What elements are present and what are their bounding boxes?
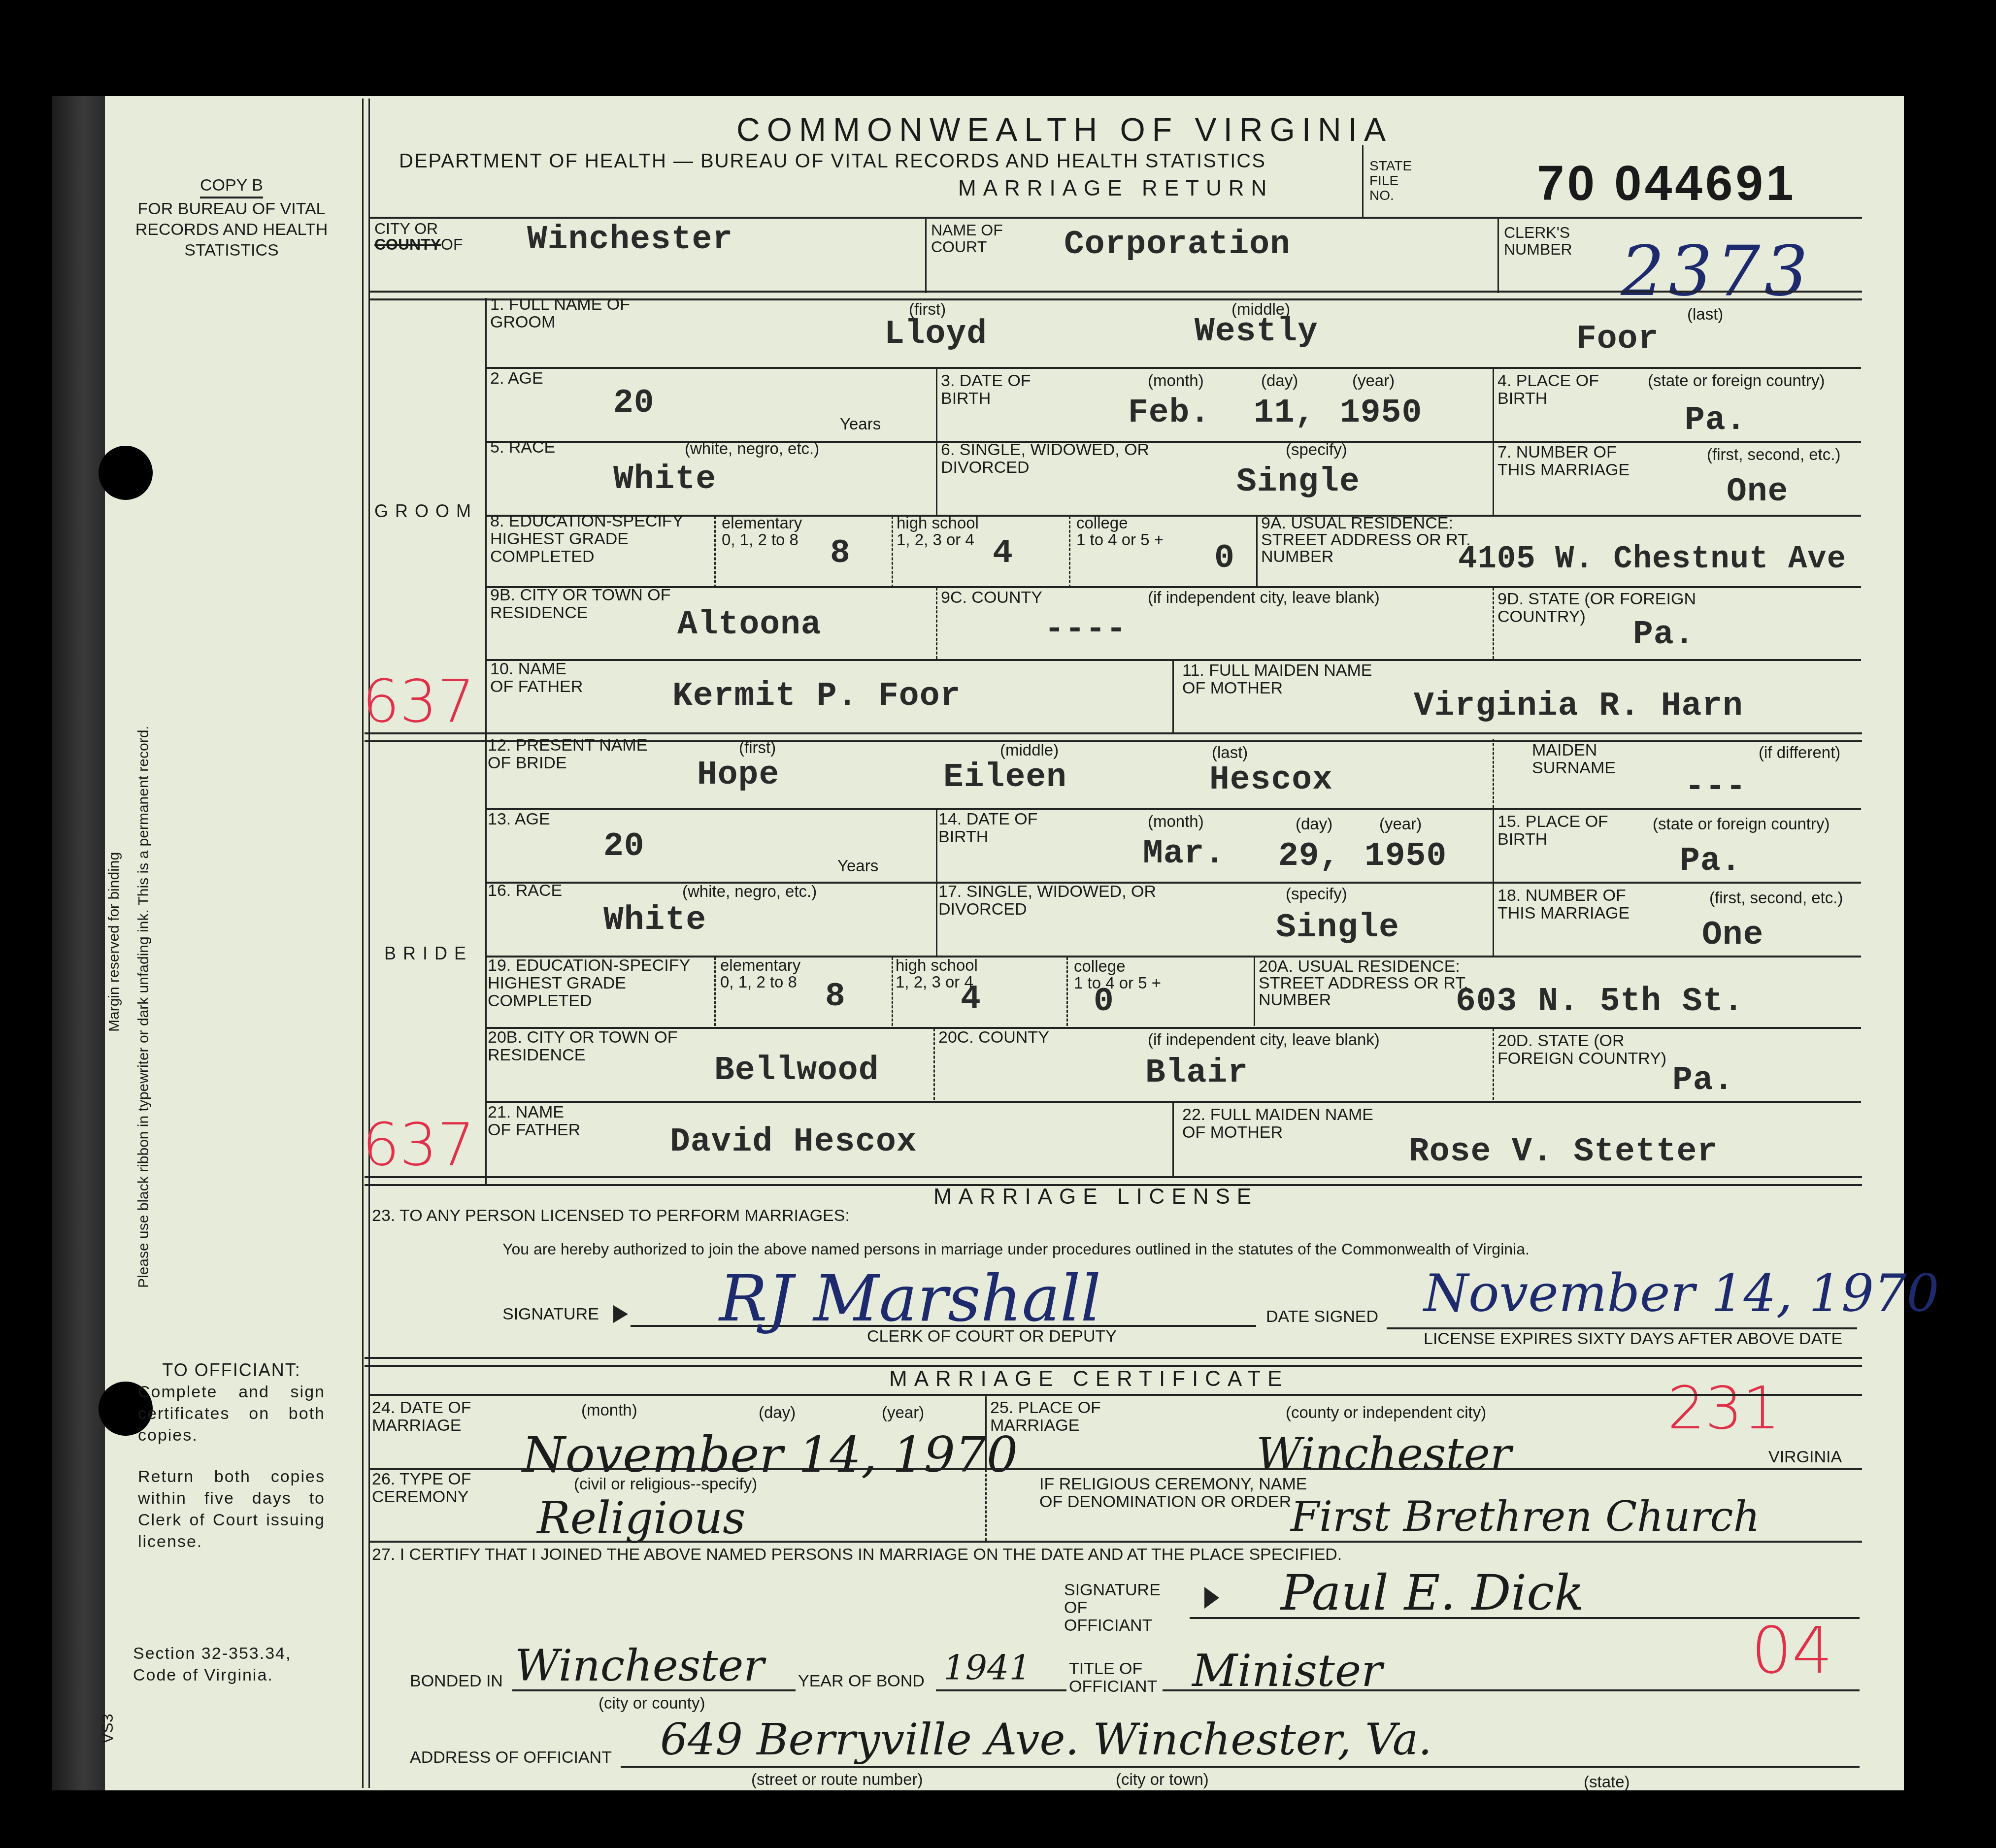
bride-education-elementary: 8 bbox=[825, 978, 846, 1016]
bride-race: White bbox=[603, 901, 706, 939]
bride-father: David Hescox bbox=[670, 1123, 917, 1161]
divider bbox=[1254, 957, 1255, 1026]
groom-marriage-number: One bbox=[1727, 473, 1788, 511]
officiant-instruction: Complete and sign certificates on both c… bbox=[138, 1381, 325, 1446]
copy-label: COPY B bbox=[200, 175, 263, 198]
groom-dob-year: 1950 bbox=[1340, 394, 1422, 432]
state-file-number: 70 044691 bbox=[1537, 155, 1796, 212]
officiant-address: 649 Berryville Ave. Winchester, Va. bbox=[660, 1714, 1432, 1765]
copy-note: COPY B FOR BUREAU OF VITAL RECORDS AND H… bbox=[123, 175, 340, 261]
city-value: Winchester bbox=[527, 221, 733, 259]
groom-middle-name: Westly bbox=[1195, 313, 1318, 351]
divider bbox=[936, 883, 937, 956]
groom-street-address: 4105 W. Chestnut Ave bbox=[1458, 542, 1846, 577]
struck-county: COUNTY bbox=[374, 235, 441, 253]
denomination: First Brethren Church bbox=[1291, 1492, 1760, 1541]
bride-county: Blair bbox=[1145, 1054, 1248, 1092]
bride-education-college: 0 bbox=[1094, 983, 1114, 1021]
divider bbox=[485, 298, 487, 744]
groom-county: ---- bbox=[1044, 611, 1127, 649]
bride-birthplace: Pa. bbox=[1680, 842, 1741, 880]
license-date-signed: November 14, 1970 bbox=[1424, 1263, 1939, 1323]
arrow-right-icon bbox=[613, 1305, 628, 1323]
bride-last-name: Hescox bbox=[1209, 761, 1333, 799]
divider bbox=[1362, 145, 1364, 217]
index-mark: 637 bbox=[362, 667, 475, 736]
punch-hole bbox=[99, 446, 153, 500]
divider bbox=[936, 442, 937, 516]
license-authorization: You are hereby authorized to join the ab… bbox=[502, 1240, 1530, 1258]
clerk-signature: RJ Marshall bbox=[719, 1261, 1101, 1336]
groom-education-elementary: 8 bbox=[830, 534, 851, 572]
groom-mother: Virginia R. Harn bbox=[1414, 687, 1743, 725]
groom-name-label: 1. FULL NAME OF GROOM bbox=[490, 296, 638, 331]
divider bbox=[936, 368, 937, 442]
ceremony-type: Religious bbox=[537, 1492, 745, 1544]
bride-mother: Rose V. Stetter bbox=[1409, 1133, 1718, 1171]
corner-mark: 04 bbox=[1751, 1613, 1832, 1688]
bride-marital-status: Single bbox=[1276, 909, 1399, 947]
groom-dob-month: Feb. bbox=[1128, 394, 1210, 432]
clerk-number-label: CLERK'S NUMBER bbox=[1504, 224, 1583, 258]
divider bbox=[985, 1396, 987, 1468]
divider bbox=[485, 739, 487, 1185]
divider bbox=[925, 219, 927, 293]
divider bbox=[1497, 219, 1499, 293]
bride-street-address: 603 N. 5th St. bbox=[1456, 983, 1744, 1021]
form-title: MARRIAGE RETURN bbox=[958, 176, 1273, 201]
divider bbox=[1493, 809, 1494, 882]
groom-dob-day: 11, bbox=[1254, 394, 1315, 432]
frame-rule bbox=[368, 99, 370, 1788]
copy-for: FOR BUREAU OF VITAL RECORDS AND HEALTH S… bbox=[123, 198, 340, 261]
groom-birthplace: Pa. bbox=[1685, 401, 1746, 439]
officiant-heading: TO OFFICIANT: bbox=[138, 1359, 325, 1381]
license-heading: MARRIAGE LICENSE bbox=[933, 1185, 1258, 1209]
court-label: NAME OF COURT bbox=[931, 222, 1030, 255]
groom-father: Kermit P. Foor bbox=[672, 677, 961, 715]
groom-age: 20 bbox=[613, 384, 655, 422]
divider bbox=[1172, 660, 1174, 734]
double-rule bbox=[365, 1357, 1862, 1367]
groom-section-label: GROOM bbox=[374, 501, 478, 522]
bride-marriage-number: One bbox=[1702, 916, 1763, 954]
code-reference: Section 32-353.34, Code of Virginia. bbox=[133, 1643, 320, 1686]
divider bbox=[1493, 442, 1494, 516]
officiant-signature: Paul E. Dick bbox=[1281, 1564, 1584, 1621]
bride-first-name: Hope bbox=[697, 756, 779, 794]
groom-last-name: Foor bbox=[1576, 320, 1659, 358]
bride-middle-name: Eileen bbox=[943, 759, 1067, 796]
groom-city: Altoona bbox=[677, 606, 822, 644]
bride-age: 20 bbox=[603, 827, 645, 865]
index-mark: 637 bbox=[362, 1111, 475, 1179]
rule bbox=[487, 1101, 1861, 1103]
bride-city: Bellwood bbox=[714, 1052, 879, 1089]
ink-note: Please use black ribbon in typewriter or… bbox=[135, 726, 152, 1288]
frame-rule bbox=[362, 99, 364, 1788]
margin-note: Margin reserved for binding bbox=[106, 852, 123, 1032]
divider bbox=[1256, 516, 1258, 588]
bride-dob-month: Mar. bbox=[1143, 835, 1225, 873]
groom-marital-status: Single bbox=[1236, 463, 1360, 501]
groom-education-highschool: 4 bbox=[993, 534, 1013, 572]
bonded-in: Winchester bbox=[515, 1640, 764, 1691]
arrow-right-icon bbox=[1204, 1587, 1219, 1609]
bride-dob-day: 29, bbox=[1278, 837, 1340, 875]
rule bbox=[369, 1468, 1862, 1470]
rule bbox=[487, 367, 1861, 369]
state-file-label: STATE FILE NO. bbox=[1369, 159, 1409, 203]
bride-state: Pa. bbox=[1672, 1061, 1734, 1099]
rule bbox=[487, 659, 1861, 661]
officiant-title: Minister bbox=[1192, 1645, 1382, 1697]
court-value: Corporation bbox=[1064, 226, 1291, 264]
groom-education-college: 0 bbox=[1214, 539, 1235, 577]
bride-dob-year: 1950 bbox=[1364, 837, 1447, 875]
divider bbox=[1172, 1102, 1174, 1176]
rule bbox=[369, 1541, 1862, 1543]
bride-section-label: BRIDE bbox=[384, 943, 473, 964]
officiant-instruction: Return both copies within five days to C… bbox=[138, 1466, 325, 1552]
form-id: VS3 bbox=[99, 1714, 117, 1744]
rule bbox=[369, 1394, 1862, 1396]
certificate-heading: MARRIAGE CERTIFICATE bbox=[889, 1367, 1289, 1391]
marriage-place: Winchester bbox=[1256, 1428, 1511, 1480]
bond-year: 1941 bbox=[943, 1648, 1031, 1688]
city-label: CITY OR COUNTYOF bbox=[374, 221, 463, 252]
divider bbox=[936, 809, 937, 882]
divider bbox=[1493, 368, 1494, 442]
divider bbox=[1493, 883, 1494, 956]
form-header-title: COMMONWEALTH OF VIRGINIA bbox=[736, 111, 1393, 148]
license-addressee: 23. TO ANY PERSON LICENSED TO PERFORM MA… bbox=[372, 1207, 850, 1224]
rule bbox=[487, 1027, 1861, 1029]
state-virginia: VIRGINIA bbox=[1768, 1448, 1842, 1466]
department-line: DEPARTMENT OF HEALTH — BUREAU OF VITAL R… bbox=[399, 150, 1266, 172]
certification-statement: 27. I CERTIFY THAT I JOINED THE ABOVE NA… bbox=[372, 1546, 1342, 1563]
rule bbox=[369, 217, 1862, 219]
groom-first-name: Lloyd bbox=[884, 315, 987, 353]
rule bbox=[487, 808, 1861, 810]
groom-race: White bbox=[613, 461, 716, 498]
officiant-instructions: TO OFFICIANT: Complete and sign certific… bbox=[138, 1359, 325, 1552]
bride-maiden-surname: --- bbox=[1685, 768, 1746, 806]
groom-state: Pa. bbox=[1633, 616, 1695, 654]
registry-mark: 231 bbox=[1667, 1374, 1780, 1443]
binding-spine bbox=[52, 96, 105, 1790]
bride-education-highschool: 4 bbox=[961, 980, 981, 1018]
